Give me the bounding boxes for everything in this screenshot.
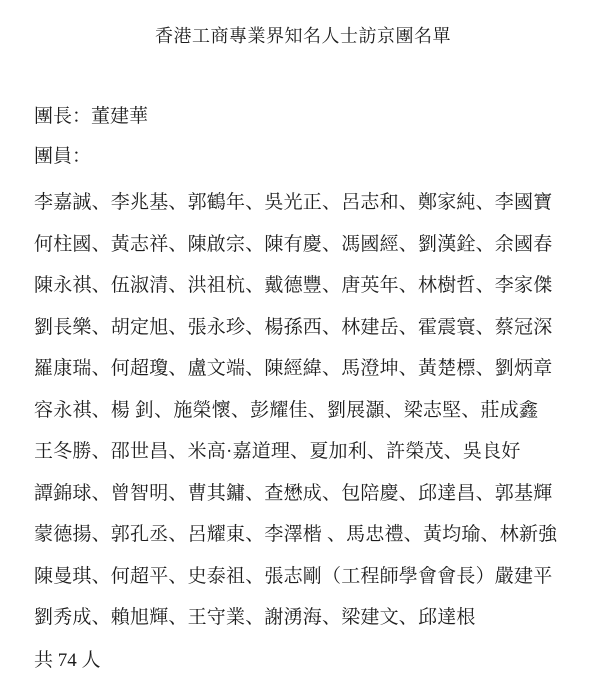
member-line: 劉長樂、胡定旭、張永珍、楊孫西、林建岳、霍震寰、蔡冠深 <box>34 307 596 349</box>
member-line: 容永祺、楊 釗、施榮懷、彭耀佳、劉展灝、梁志堅、莊成鑫 <box>34 390 596 432</box>
member-line: 王冬勝、邵世昌、米高·嘉道理、夏加利、許榮茂、吳良好 <box>34 431 596 473</box>
total-count: 共 74 人 <box>34 645 101 672</box>
member-line: 劉秀成、賴旭輝、王守業、謝湧海、梁建文、邱達根 <box>34 597 596 639</box>
member-line: 陳曼琪、何超平、史泰祖、張志剛（工程師學會會長）嚴建平 <box>34 556 596 598</box>
document-title: 香港工商專業界知名人士訪京團名單 <box>0 22 606 48</box>
member-line: 何柱國、黃志祥、陳啟宗、陳有慶、馮國經、劉漢銓、余國春 <box>34 224 596 266</box>
leader-label: 團長： <box>34 106 91 127</box>
member-line: 陳永祺、伍淑清、洪祖杭、戴德豐、唐英年、林樹哲、李家傑 <box>34 265 596 307</box>
leader-line: 團長：董建華 <box>34 101 148 128</box>
members-label: 團員： <box>34 141 91 168</box>
member-list: 李嘉誠、李兆基、郭鶴年、吳光正、呂志和、鄭家純、李國寶何柱國、黃志祥、陳啟宗、陳… <box>34 182 596 639</box>
document-page: 香港工商專業界知名人士訪京團名單 團長：董建華 團員： 李嘉誠、李兆基、郭鶴年、… <box>0 0 606 680</box>
member-line: 李嘉誠、李兆基、郭鶴年、吳光正、呂志和、鄭家純、李國寶 <box>34 182 596 224</box>
member-line: 譚錦球、曾智明、曹其鏞、查懋成、包陪慶、邱達昌、郭基輝 <box>34 473 596 515</box>
member-line: 蒙德揚、郭孔丞、呂耀東、李澤楷 、馬忠禮、黃均瑜、林新強 <box>34 514 596 556</box>
leader-name: 董建華 <box>91 106 148 127</box>
member-line: 羅康瑞、何超瓊、盧文端、陳經緯、馬澄坤、黃楚標、劉炳章 <box>34 348 596 390</box>
